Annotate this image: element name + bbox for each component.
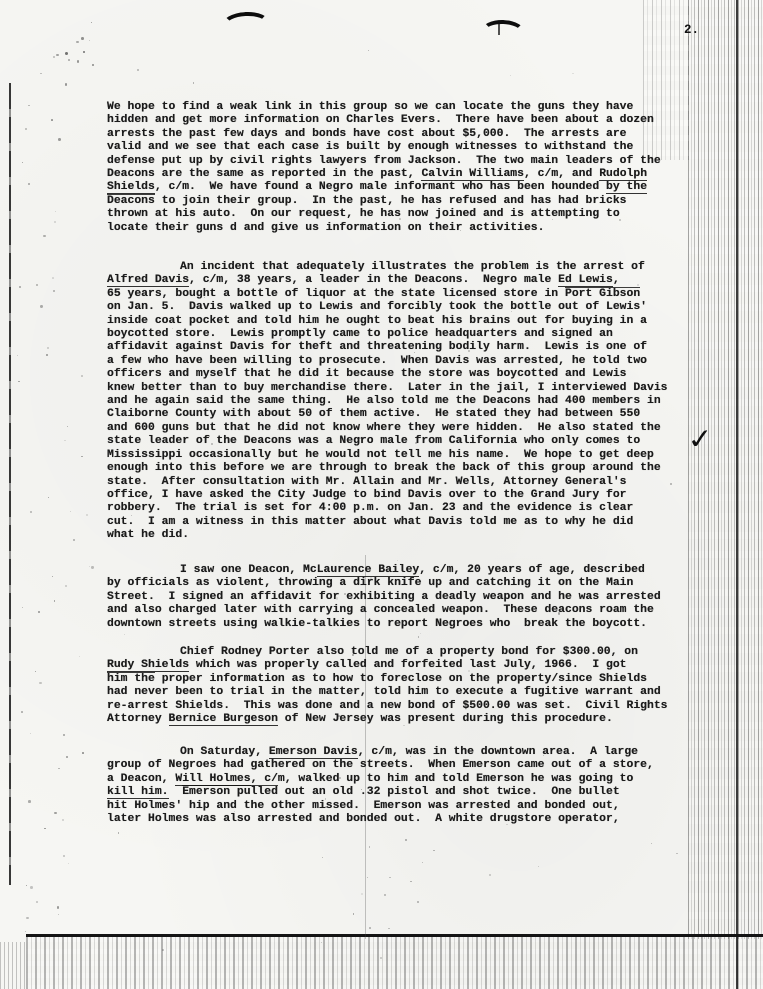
doc-line: Mississippi occasionally but he would no… bbox=[107, 449, 668, 462]
text-segment: of New Jersey was present during this pr… bbox=[278, 713, 613, 725]
scanned-page: 2. ✓ We hope to find a weak link in this… bbox=[0, 0, 763, 989]
doc-line: and also charged later with carrying a c… bbox=[107, 604, 661, 617]
text-segment: downtown streets using walkie-talkies to… bbox=[107, 618, 647, 630]
doc-line: and 600 guns but that he did not know wh… bbox=[107, 422, 668, 435]
doc-line: cut. I am a witness in this matter about… bbox=[107, 516, 668, 529]
text-segment: defense put up by civil rights lawyers f… bbox=[107, 155, 661, 167]
text-segment: on Jan. 5. Davis walked up to Lewis and … bbox=[107, 301, 647, 313]
page-number: 2. bbox=[684, 23, 699, 37]
doc-line: by officials as violent, throwing a dirk… bbox=[107, 577, 661, 590]
doc-line: Deacons to join their group. In the past… bbox=[107, 195, 661, 208]
text-segment: robbery. The trial is set for 4:00 p.m. … bbox=[107, 502, 633, 514]
text-segment: Attorney bbox=[107, 713, 169, 725]
annotated-text: Will Holmes bbox=[175, 773, 250, 786]
doc-line: him the proper information as to how to … bbox=[107, 673, 668, 686]
text-segment: We hope to find a weak link in this grou… bbox=[107, 101, 633, 113]
annotated-text: him the bbox=[107, 672, 155, 685]
text-segment: out an old .32 pistol and shot twice. On… bbox=[278, 786, 620, 798]
text-segment: locate their guns d and give us informat… bbox=[107, 222, 544, 234]
text-segment: I saw one Deacon, Mc bbox=[180, 564, 317, 576]
text-segment: and 600 guns but that he did not know wh… bbox=[107, 422, 661, 434]
annotated-text: Port Gibson bbox=[565, 287, 640, 300]
annotated-text: Shields bbox=[107, 181, 155, 194]
text-segment: which was properly called and forfeited … bbox=[189, 659, 626, 671]
doc-line: had never been to trial in the matter, t… bbox=[107, 686, 668, 699]
text-segment: office, I have asked the City Judge to b… bbox=[107, 489, 627, 501]
doc-line: Attorney Bernice Burgeson of New Jersey … bbox=[107, 713, 668, 726]
doc-line: boycotted store. Lewis promptly came to … bbox=[107, 328, 668, 341]
doc-line: robbery. The trial is set for 4:00 p.m. … bbox=[107, 502, 668, 515]
text-segment: hit Holmes' hip and the other missed. Em… bbox=[107, 800, 620, 812]
text-segment: and he again said the same thing. He als… bbox=[107, 395, 661, 407]
annotated-text: Ed Lewis bbox=[558, 274, 613, 287]
doc-line: locate their guns d and give us informat… bbox=[107, 222, 661, 235]
paragraph: On Saturday, Emerson Davis, c/m, was in … bbox=[107, 746, 654, 826]
annotated-text: Laurence Bailey bbox=[317, 564, 420, 577]
text-segment: re-arrest Shields. This was done and a n… bbox=[107, 700, 668, 712]
doc-line: arrests the past few days and bonds have… bbox=[107, 128, 661, 141]
doc-line: Rudy Shields which was properly called a… bbox=[107, 659, 668, 672]
paragraph: Chief Rodney Porter also told me of a pr… bbox=[107, 646, 668, 726]
doc-line: thrown at his auto. On our request, he h… bbox=[107, 208, 661, 221]
doc-line: group of Negroes had gathered on the str… bbox=[107, 759, 654, 772]
doc-line: what he did. bbox=[107, 529, 668, 542]
doc-line: officers and myself that he did it becau… bbox=[107, 368, 668, 381]
text-segment: , c/m, 20 years of age, described bbox=[419, 564, 645, 576]
text-segment: to join their group. In the past, he has… bbox=[155, 195, 627, 207]
text-segment: valid and we see that each case is built… bbox=[107, 141, 633, 153]
paragraph: We hope to find a weak link in this grou… bbox=[107, 101, 661, 235]
annotated-text: by the bbox=[606, 181, 647, 194]
text-segment: group of Negroes had gathered on the str… bbox=[107, 759, 654, 771]
doc-line: state. After consultation with Mr. Allai… bbox=[107, 476, 668, 489]
text-segment: later Holmes was also arrested and bonde… bbox=[107, 813, 620, 825]
text-segment: state leader of the Deacons was a Negro … bbox=[107, 435, 640, 447]
document-text: We hope to find a weak link in this grou… bbox=[0, 0, 763, 989]
text-segment: Claiborne County with about 50 of them a… bbox=[107, 408, 640, 420]
doc-line: An incident that adequately illustrates … bbox=[107, 261, 668, 274]
doc-line: hidden and get more information on Charl… bbox=[107, 114, 661, 127]
annotated-text: Deacons bbox=[107, 194, 155, 207]
text-segment: and also charged later with carrying a c… bbox=[107, 604, 654, 616]
doc-line: On Saturday, Emerson Davis, c/m, was in … bbox=[107, 746, 654, 759]
text-segment: , c/m. We have found a Negro male inform… bbox=[155, 181, 606, 193]
text-segment bbox=[169, 786, 183, 798]
doc-line: Claiborne County with about 50 of them a… bbox=[107, 408, 668, 421]
text-segment: officers and myself that he did it becau… bbox=[107, 368, 627, 380]
text-segment: boycotted store. Lewis promptly came to … bbox=[107, 328, 613, 340]
text-segment: , bbox=[613, 274, 620, 286]
doc-line: defense put up by civil rights lawyers f… bbox=[107, 155, 661, 168]
text-segment: hidden and get more information on Charl… bbox=[107, 114, 654, 126]
annotated-text: Calvin Williams bbox=[421, 168, 524, 181]
text-segment: , c/m, was in the downtown area. A large bbox=[358, 746, 638, 758]
text-segment: Mississippi occasionally but he would no… bbox=[107, 449, 654, 461]
paragraph: I saw one Deacon, McLaurence Bailey, c/m… bbox=[107, 564, 661, 631]
doc-line: a Deacon, Will Holmes, c/m, walked up to… bbox=[107, 773, 654, 786]
text-segment: 65 years, bought a bottle of liquor at t… bbox=[107, 288, 565, 300]
text-segment: , c/m, 38 years, a leader in the Deacons… bbox=[189, 274, 558, 286]
doc-line: Alfred Davis, c/m, 38 years, a leader in… bbox=[107, 274, 668, 287]
doc-line: inside coat pocket and told him he ought… bbox=[107, 315, 668, 328]
doc-line: office, I have asked the City Judge to b… bbox=[107, 489, 668, 502]
doc-line: Deacons are the same as reported in the … bbox=[107, 168, 661, 181]
doc-line: 65 years, bought a bottle of liquor at t… bbox=[107, 288, 668, 301]
text-segment: state. After consultation with Mr. Allai… bbox=[107, 476, 627, 488]
doc-line: downtown streets using walkie-talkies to… bbox=[107, 618, 661, 631]
annotated-text: Alfred Davis bbox=[107, 274, 189, 287]
text-segment: Chief Rodney Porter also told me of a pr… bbox=[180, 646, 638, 658]
text-segment: thrown at his auto. On our request, he h… bbox=[107, 208, 620, 220]
text-segment: affidavit against Davis for theft and th… bbox=[107, 341, 647, 353]
doc-line: on Jan. 5. Davis walked up to Lewis and … bbox=[107, 301, 668, 314]
doc-line: and he again said the same thing. He als… bbox=[107, 395, 668, 408]
annotated-text: Rudy Shields bbox=[107, 659, 189, 672]
text-segment: a few who have been willing to prosecute… bbox=[107, 355, 647, 367]
text-segment: Street. I signed an affidavit for exhibi… bbox=[107, 591, 661, 603]
annotated-text: Emerson pulled bbox=[182, 785, 278, 798]
text-segment: inside coat pocket and told him he ought… bbox=[107, 315, 647, 327]
doc-line: valid and we see that each case is built… bbox=[107, 141, 661, 154]
text-segment: by officials as violent, throwing a dirk… bbox=[107, 577, 633, 589]
doc-line: kill him. Emerson pulled out an old .32 … bbox=[107, 786, 654, 799]
annotated-text: Rudolph bbox=[599, 168, 647, 181]
annotated-text: Emerson Davis bbox=[269, 746, 358, 759]
text-segment: , c/m, walked up to him and told Emerson… bbox=[251, 773, 634, 785]
doc-line: knew better than to buy merchandise ther… bbox=[107, 382, 668, 395]
doc-line: later Holmes was also arrested and bonde… bbox=[107, 813, 654, 826]
doc-line: a few who have been willing to prosecute… bbox=[107, 355, 668, 368]
text-segment: arrests the past few days and bonds have… bbox=[107, 128, 627, 140]
doc-line: state leader of the Deacons was a Negro … bbox=[107, 435, 668, 448]
doc-line: I saw one Deacon, McLaurence Bailey, c/m… bbox=[107, 564, 661, 577]
text-segment: had never been to trial in the matter, t… bbox=[107, 686, 661, 698]
text-segment: enough into this before we are through t… bbox=[107, 462, 661, 474]
text-segment: cut. I am a witness in this matter about… bbox=[107, 516, 633, 528]
annotated-text: Bernice Burgeson bbox=[169, 713, 278, 726]
text-segment: Deacons are the same as reported in the … bbox=[107, 168, 421, 180]
text-segment: what he did. bbox=[107, 529, 189, 541]
doc-line: We hope to find a weak link in this grou… bbox=[107, 101, 661, 114]
checkmark-icon: ✓ bbox=[686, 423, 715, 457]
text-segment: a Deacon, bbox=[107, 773, 175, 785]
doc-line: affidavit against Davis for theft and th… bbox=[107, 341, 668, 354]
paragraph: An incident that adequately illustrates … bbox=[107, 261, 668, 543]
doc-line: Chief Rodney Porter also told me of a pr… bbox=[107, 646, 668, 659]
doc-line: re-arrest Shields. This was done and a n… bbox=[107, 700, 668, 713]
text-segment: On Saturday, bbox=[180, 746, 269, 758]
text-segment: An incident that adequately illustrates … bbox=[180, 261, 645, 273]
text-segment: proper information as to how to foreclos… bbox=[155, 673, 647, 685]
text-segment: , c/m, and bbox=[524, 168, 599, 180]
doc-line: enough into this before we are through t… bbox=[107, 462, 668, 475]
annotated-text: kill him. bbox=[107, 786, 169, 799]
doc-line: Shields, c/m. We have found a Negro male… bbox=[107, 181, 661, 194]
doc-line: Street. I signed an affidavit for exhibi… bbox=[107, 591, 661, 604]
doc-line: hit Holmes' hip and the other missed. Em… bbox=[107, 800, 654, 813]
text-segment: knew better than to buy merchandise ther… bbox=[107, 382, 668, 394]
